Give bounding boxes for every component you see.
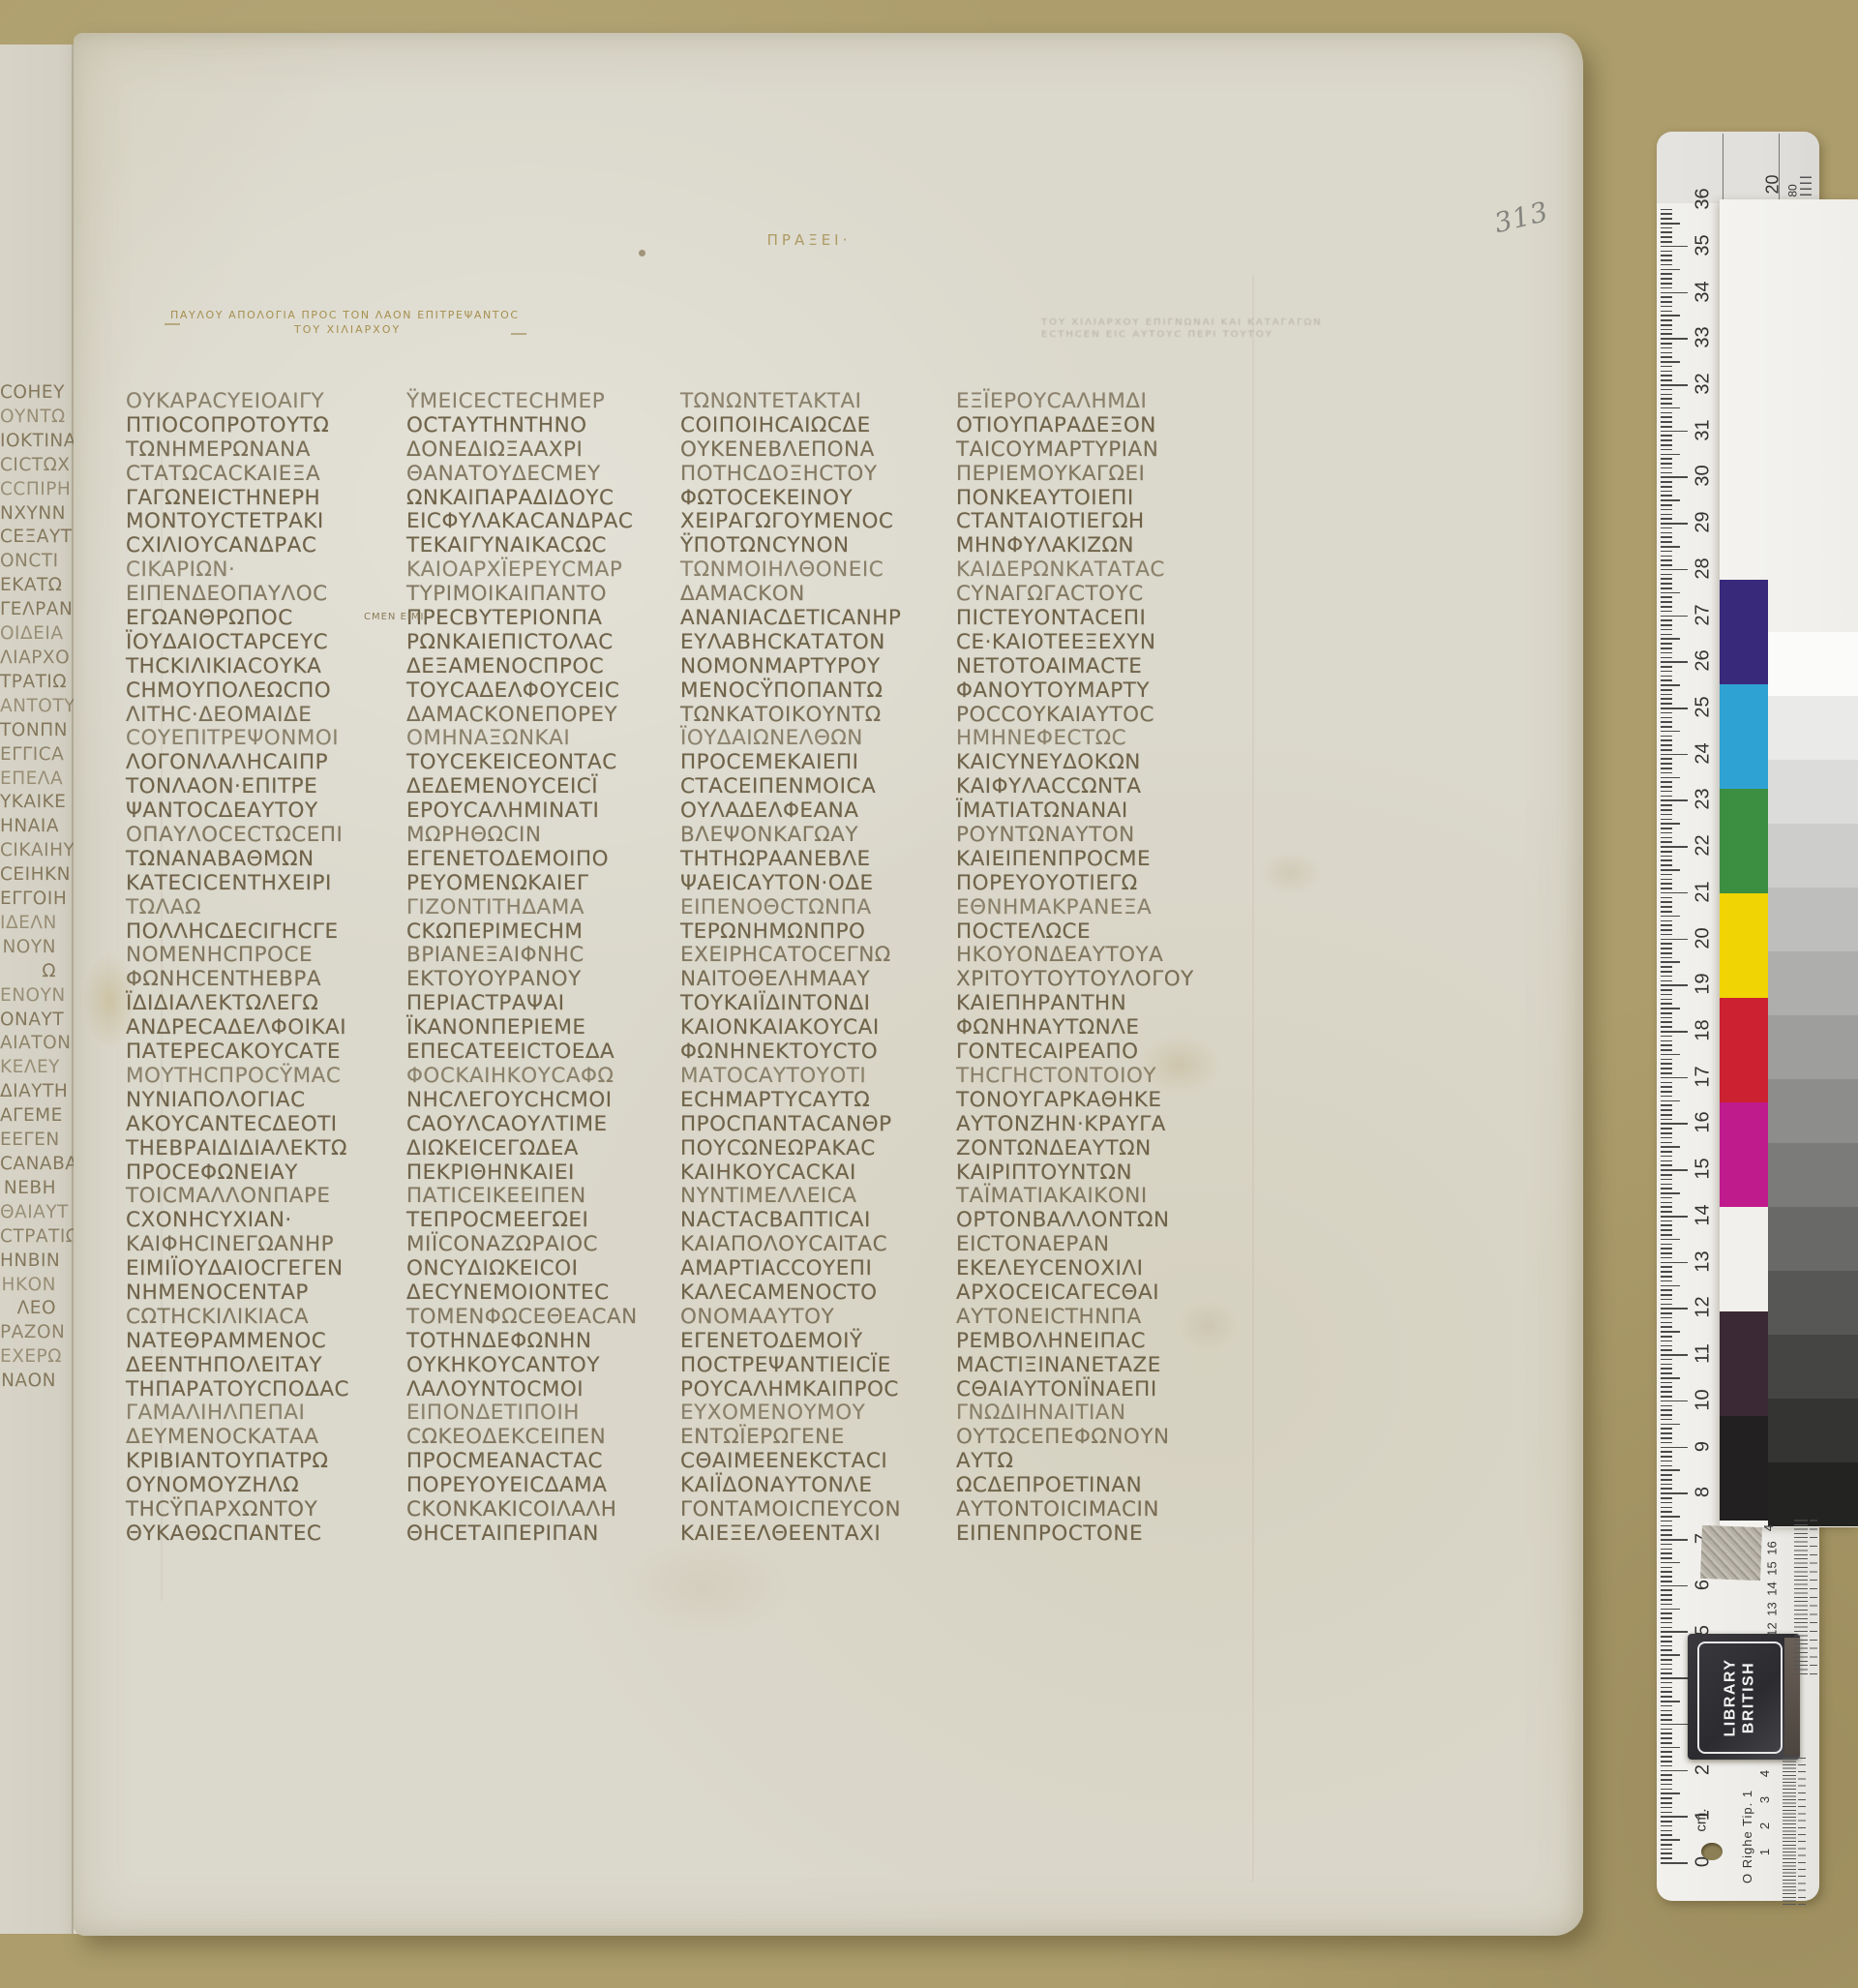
- manuscript-text-line: ΓΑΓΩΝΕΙϹΤΗΝΕΡΗ: [126, 487, 405, 511]
- manuscript-text-line: ΠΑΤΕΡΕϹΑΚΟΥϹΑΤΕ: [126, 1040, 405, 1065]
- line-gauge-upper: 416151413123: [1765, 1518, 1823, 1680]
- facing-page-text-line: ΝΟΥΝ: [0, 936, 56, 960]
- manuscript-text-line: ΝΗΜΕΝΟϹΕΝΤΑΡ: [126, 1281, 405, 1306]
- manuscript-text-line: ΠΑΤΙϹΕΙΚΕΕΙΠΕΝ: [406, 1185, 685, 1209]
- manuscript-text-line: ΦΩΝΗϹΕΝΤΗΕΒΡΑ: [126, 968, 405, 992]
- facing-page-text-line: ϹΙΚΑΙΗΥ: [0, 839, 56, 863]
- text-column-1: ΟΥΚΑΡΑϹΥΕΙΟΑΙΓΥΠΤΙΟϹΟΠΡΟΤΟΥΤΩΤΩΝΗΜΕΡΩΝΑΝ…: [126, 390, 405, 1547]
- ruler-cm-number: 26: [1693, 648, 1715, 675]
- manuscript-text-line: ΓΑΜΑΛΙΗΛΠΕΠΑΙ: [126, 1401, 405, 1426]
- facing-page-text-line: ΘΑΙΑΥΤ: [0, 1201, 56, 1225]
- facing-page-text-line: ΥΚΑΙΚΕ: [0, 791, 56, 815]
- ruler-top-ticks: [1800, 176, 1812, 201]
- facing-page-text-line: ΛΙΑΡΧΟ: [0, 647, 56, 671]
- manuscript-text-line: ΚΑΙΟΑΡΧΪΕΡΕΥϹΜΑΡ: [406, 558, 685, 583]
- manuscript-text-line: ΓΙΖΟΝΤΙΤΗΔΑΜΑ: [406, 896, 685, 920]
- gauge-ticks: [1794, 1520, 1808, 1674]
- ruler-cm-number: 35: [1693, 231, 1715, 258]
- manuscript-text-line: ΟΥΝΟΜΟΥΖΗΛΩ: [126, 1474, 405, 1498]
- facing-page-text-line: ΤΡΑΤΙΩ: [0, 671, 56, 695]
- color-patch-column: [1720, 580, 1768, 1521]
- manuscript-text-line: ΤΗΤΗΩΡΑΑΝΕΒΛΕ: [680, 848, 959, 872]
- ruler-cm-number: 36: [1693, 186, 1715, 213]
- manuscript-text-line: ΚΑΙΡΙΠΤΟΥΝΤΩΝ: [956, 1161, 1235, 1186]
- color-patch: [1720, 1102, 1768, 1207]
- manuscript-text-line: ΟΤΙΟΥΠΑΡΑΔΕΞΟΝ: [956, 414, 1235, 438]
- manuscript-text-line: ΕΓΕΝΕΤΟΔΕΜΟΙΠΟ: [406, 848, 685, 872]
- color-patch: [1720, 893, 1768, 998]
- facing-page-text-line: ΔΙΑΥΤΗ: [0, 1080, 56, 1104]
- ruler-cm-number: 22: [1693, 832, 1715, 859]
- facing-page-text-line: ΝΑΟΝ: [0, 1370, 56, 1394]
- manuscript-text-line: ΠΟΡΕΥΟΥΕΙϹΔΑΜΑ: [406, 1474, 685, 1498]
- manuscript-text-line: ΕΧΕΙΡΗϹΑΤΟϹΕΓΝΩ: [680, 944, 959, 968]
- ink-showthrough-line: ΤΟΥ ΧΙΛΙΑΡΧΟΥ ΕΠΙΓΝΩΝΑΙ ΚΑΙ ΚΑΤΑΓΑΓΩΝ: [1041, 316, 1380, 329]
- text-column-2: ΫΜΕΙϹΕϹΤΕϹΗΜΕΡΟϹΤΑΥΤΗΝΤΗΝΟΔΟΝΕΔΙΩΞΑΑΧΡΙΘ…: [406, 390, 685, 1547]
- manuscript-text-line: ΕΓΩΑΝΘΡΩΠΟϹ: [126, 607, 405, 631]
- manuscript-text-line: ΡΟϹϹΟΥΚΑΙΑΥΤΟϹ: [956, 704, 1235, 728]
- manuscript-text-line: ΑΥΤΟΝΕΙϹΤΗΝΠΑ: [956, 1306, 1235, 1330]
- manuscript-text-line: ΤΗϹΚΙΛΙΚΙΑϹΟΥΚΑ: [126, 655, 405, 679]
- ruler-cm-number: 14: [1693, 1201, 1715, 1228]
- grayscale-patch: [1768, 824, 1858, 888]
- facing-page-text-line: ΤΟΝΠΝ: [0, 719, 56, 743]
- ruler-cm-number: 34: [1693, 278, 1715, 305]
- text-column-4: ΕΞΪΕΡΟΥϹΑΛΗΜΔΙΟΤΙΟΥΠΑΡΑΔΕΞΟΝΤΑΙϹΟΥΜΑΡΤΥΡ…: [956, 390, 1235, 1547]
- manuscript-text-line: ΦΩΝΗΝΑΥΤΩΝΛΕ: [956, 1016, 1235, 1040]
- label-text-line: LIBRARY: [1722, 1658, 1740, 1736]
- manuscript-text-line: ΪΟΥΔΑΙΩΝΕΛΘΩΝ: [680, 727, 959, 751]
- color-patch: [1720, 580, 1768, 684]
- color-patch: [1720, 1311, 1768, 1416]
- manuscript-text-line: ΜΩΡΗΘΩϹΙΝ: [406, 824, 685, 848]
- manuscript-text-line: ΜΑϹΤΙΞΙΝΑΝΕΤΑΖΕ: [956, 1354, 1235, 1378]
- manuscript-text-line: ϹΕ·ΚΑΙΟΤΕΕΞΕΧΥΝ: [956, 631, 1235, 655]
- grayscale-patch: [1768, 951, 1858, 1015]
- manuscript-text-line: ΑΚΟΥϹΑΝΤΕϹΔΕΟΤΙ: [126, 1113, 405, 1137]
- manuscript-text-line: ΕΥΛΑΒΗϹΚΑΤΑΤΟΝ: [680, 631, 959, 655]
- parchment-crease: [1252, 275, 1254, 1882]
- manuscript-text-line: ΚΑΙϹΥΝΕΥΔΟΚΩΝ: [956, 751, 1235, 775]
- manuscript-text-line: ΕΙϹΤΟΝΑΕΡΑΝ: [956, 1233, 1235, 1257]
- manuscript-text-line: ΦΟϹΚΑΙΗΚΟΥϹΑΦΩ: [406, 1065, 685, 1089]
- ruler-hole: [1701, 1843, 1723, 1860]
- gauge-label: O Righe Tip. 1: [1740, 1760, 1757, 1913]
- gauge-number: 13: [1765, 1599, 1784, 1619]
- ruler-cm-number: 12: [1693, 1294, 1715, 1321]
- manuscript-text-line: ΕΞΪΕΡΟΥϹΑΛΗΜΔΙ: [956, 390, 1235, 414]
- manuscript-text-line: ΡΟΥϹΑΛΗΜΚΑΙΠΡΟϹ: [680, 1378, 959, 1402]
- manuscript-text-line: ΦΑΝΟΥΤΟΥΜΑΡΤΥ: [956, 679, 1235, 704]
- manuscript-text-line: ΧΕΙΡΑΓΩΓΟΥΜΕΝΟϹ: [680, 510, 959, 534]
- manuscript-text-line: ΤΟΙϹΜΑΛΛΟΝΠΑΡΕ: [126, 1185, 405, 1209]
- ruler-cm-number: 28: [1693, 555, 1715, 582]
- gauge-number: 3: [1765, 1640, 1784, 1660]
- gauge-number: 3: [1761, 1790, 1779, 1816]
- manuscript-text-line: ΤΟΝΛΑΟΝ·ΕΠΙΤΡΕ: [126, 775, 405, 799]
- manuscript-text-line: ΤΗΠΑΡΑΤΟΥϹΠΟΔΑϹ: [126, 1378, 405, 1402]
- facing-page-text-line: ΑΝΤΟΤΥ: [0, 695, 56, 719]
- manuscript-text-line: ΟΥΛΑΔΕΛΦΕΑΝΑ: [680, 799, 959, 824]
- facing-page-text-line: ΕΝΟΥΝ: [0, 984, 56, 1009]
- manuscript-text-line: ΤΗΕΒΡΑΙΔΙΔΙΑΛΕΚΤΩ: [126, 1137, 405, 1161]
- facing-page-text-line: ΕΓΓΙϹΑ: [0, 743, 56, 768]
- ruler-cm-number: 32: [1693, 370, 1715, 397]
- facing-page-text-line: ΟΥΝΤΩ: [0, 406, 56, 430]
- manuscript-text-line: ΤΩΝΚΑΤΟΙΚΟΥΝΤΩ: [680, 704, 959, 728]
- manuscript-text-line: ΑΡΧΟϹΕΙϹΑΓΕϹΘΑΙ: [956, 1281, 1235, 1306]
- facing-page-text-line: ΕΓΓΟΙΗ: [0, 888, 56, 912]
- manuscript-text-line: ΠΙϹΤΕΥΟΝΤΑϹΕΠΙ: [956, 607, 1235, 631]
- manuscript-text-line: ΟΥΚΑΡΑϹΥΕΙΟΑΙΓΥ: [126, 390, 405, 414]
- manuscript-text-line: ϹΗΜΟΥΠΟΛΕΩϹΠΟ: [126, 679, 405, 704]
- line-gauge-lower: O Righe Tip. 1 4321: [1740, 1754, 1821, 1916]
- manuscript-text-line: ΤΕΡΩΝΗΜΩΝΠΡΟ: [680, 920, 959, 945]
- manuscript-text-line: ΕΙΠΕΝΔΕΟΠΑΥΛΟϹ: [126, 583, 405, 607]
- grayscale-patch: [1768, 632, 1858, 696]
- facing-page-text-line: ΕΕΓΕΝ: [0, 1129, 56, 1153]
- ruler-cm-number: 11: [1693, 1340, 1715, 1368]
- manuscript-text-line: ΫΠΟΤΩΝϹΥΝΟΝ: [680, 534, 959, 558]
- facing-page-text-line: ΙΟΚΤΙΝΑ: [0, 430, 56, 454]
- manuscript-text-line: ϹΚΩΠΕΡΙΜΕϹΗΜ: [406, 920, 685, 945]
- gauge-number: 1: [1761, 1842, 1779, 1868]
- manuscript-text-line: ΟΥΚΗΚΟΥϹΑΝΤΟΥ: [406, 1354, 685, 1378]
- manuscript-text-line: ΠΡΕϹΒΥΤΕΡΙΟΝΠΑ: [406, 607, 685, 631]
- ruler-cm-number: 17: [1693, 1063, 1715, 1090]
- manuscript-text-line: ΔΕΥΜΕΝΟϹΚΑΤΑΑ: [126, 1426, 405, 1450]
- manuscript-text-line: ΑΜΑΡΤΙΑϹϹΟΥΕΠΙ: [680, 1257, 959, 1281]
- facing-page-text-line: ΛΕΟ: [0, 1297, 56, 1321]
- manuscript-text-line: ΚΑΙΕΞΕΛΘΕΕΝΤΑΧΙ: [680, 1522, 959, 1547]
- manuscript-text-line: ΝΑΤΕΘΡΑΜΜΕΝΟϹ: [126, 1330, 405, 1354]
- label-text-line: BRITISH: [1740, 1658, 1758, 1736]
- color-patch: [1720, 789, 1768, 893]
- manuscript-text-line: ΛΙΤΗϹ·ΔΕΟΜΑΙΔΕ: [126, 704, 405, 728]
- gauge-number: 16: [1765, 1538, 1784, 1558]
- manuscript-text-line: ϹΧΙΛΙΟΥϹΑΝΔΡΑϹ: [126, 534, 405, 558]
- gauge-number: 4: [1761, 1763, 1779, 1790]
- manuscript-text-line: ΘΥΚΑΘΩϹΠΑΝΤΕϹ: [126, 1522, 405, 1547]
- abraded-patch: [1700, 1525, 1762, 1581]
- manuscript-text-line: ΤΑΪΜΑΤΙΑΚΑΙΚΟΝΙ: [956, 1185, 1235, 1209]
- manuscript-text-line: ϹΙΚΑΡΙΩΝ·: [126, 558, 405, 583]
- manuscript-text-line: ΠΟΝΚΕΑΥΤΟΙΕΠΙ: [956, 487, 1235, 511]
- photograph-background: ϹΟΗΕΥΟΥΝΤΩΙΟΚΤΙΝΑϹΙϹΤΩΧϹϹΠΙΡΗΝΧΥΝΝϹΕΞΑΥΤ…: [0, 0, 1858, 1988]
- manuscript-text-line: ΟΝΟΜΑΑΥΤΟΥ: [680, 1306, 959, 1330]
- ruler-unit-label: cm.: [1693, 1808, 1710, 1831]
- manuscript-text-line: ΠΤΙΟϹΟΠΡΟΤΟΥΤΩ: [126, 414, 405, 438]
- manuscript-text-line: ΜΑΤΟϹΑΥΤΟΥΟΤΙ: [680, 1065, 959, 1089]
- manuscript-text-line: ΕΚΤΟΥΟΥΡΑΝΟΥ: [406, 968, 685, 992]
- manuscript-text-line: ΜΙΪϹΟΝΑΖΩΡΑΙΟϹ: [406, 1233, 685, 1257]
- manuscript-text-line: ΟΥΚΕΝΕΒΛΕΠΟΝΑ: [680, 438, 959, 463]
- facing-page-text-line: ΟΝϹΤΙ: [0, 550, 56, 574]
- manuscript-text-line: ΠΟϹΤΕΛΩϹΕ: [956, 920, 1235, 945]
- ruler-cm-number: 23: [1693, 786, 1715, 813]
- manuscript-text-line: ΠΟϹΤΡΕΨΑΝΤΙΕΙϹΪΕ: [680, 1354, 959, 1378]
- manuscript-text-line: ΠΡΟϹΜΕΑΝΑϹΤΑϹ: [406, 1450, 685, 1474]
- facing-page-text-line: ΕΠΕΛΑ: [0, 768, 56, 792]
- manuscript-text-line: ΤΟΥϹΑΔΕΛΦΟΥϹΕΙϹ: [406, 679, 685, 704]
- manuscript-text-line: ΝΟΜΟΝΜΑΡΤΥΡΟΥ: [680, 655, 959, 679]
- manuscript-text-line: ΘΗϹΕΤΑΙΠΕΡΙΠΑΝ: [406, 1522, 685, 1547]
- ruler-cm-number: 2: [1693, 1756, 1715, 1783]
- facing-page-text-line: ΟΙΔΕΙΑ: [0, 622, 56, 647]
- ruler-cm-number: 25: [1693, 694, 1715, 721]
- manuscript-text-line: ΡΟΥΝΤΩΝΑΥΤΟΝ: [956, 824, 1235, 848]
- manuscript-text-line: ΔΕϹΥΝΕΜΟΙΟΝΤΕϹ: [406, 1281, 685, 1306]
- manuscript-text-line: ΑΝΑΝΙΑϹΔΕΤΙϹΑΝΗΡ: [680, 607, 959, 631]
- ruler-cm-number: 19: [1693, 971, 1715, 998]
- gauge-number: 2: [1761, 1816, 1779, 1842]
- gauge-number: 15: [1765, 1558, 1784, 1579]
- manuscript-text-line: ΤΩΝΩΝΤΕΤΑΚΤΑΙ: [680, 390, 959, 414]
- manuscript-text-line: ΓΟΝΤΑΜΟΙϹΠΕΥϹΟΝ: [680, 1498, 959, 1522]
- manuscript-text-line: ΤΑΙϹΟΥΜΑΡΤΥΡΙΑΝ: [956, 438, 1235, 463]
- ruler-cm-number: 18: [1693, 1017, 1715, 1044]
- ruler-cm-number: 29: [1693, 509, 1715, 536]
- facing-page-text-line: ΑΓΕΜΕ: [0, 1104, 56, 1129]
- facing-page-text-line: ΗΚΟΝ: [0, 1274, 56, 1298]
- manuscript-text-line: ΟΡΤΟΝΒΑΛΛΟΝΤΩΝ: [956, 1209, 1235, 1233]
- manuscript-text-line: ΔΕΞΑΜΕΝΟϹΠΡΟϹ: [406, 655, 685, 679]
- manuscript-text-line: ΠΡΟϹΕΜΕΚΑΙΕΠΙ: [680, 751, 959, 775]
- manuscript-text-line: ΚΑΙΟΝΚΑΙΑΚΟΥϹΑΙ: [680, 1016, 959, 1040]
- manuscript-text-line: ΧΡΙΤΟΥΤΟΥΤΟΥΛΟΓΟΥ: [956, 968, 1235, 992]
- manuscript-text-line: ΤΟΝΟΥΓΑΡΚΑΘΗΚΕ: [956, 1089, 1235, 1113]
- manuscript-text-line: ΤΟΜΕΝΦΩϹΕΘΕΑϹΑΝ: [406, 1306, 685, 1330]
- manuscript-text-line: ΚΑΙΔΕΡΩΝΚΑΤΑΤΑϹ: [956, 558, 1235, 583]
- manuscript-text-line: ΠΕΚΡΙΘΗΝΚΑΙΕΙ: [406, 1161, 685, 1186]
- manuscript-text-line: ϹΤΑϹΕΙΠΕΝΜΟΙϹΑ: [680, 775, 959, 799]
- manuscript-text-line: ΫΜΕΙϹΕϹΤΕϹΗΜΕΡ: [406, 390, 685, 414]
- manuscript-text-line: ΔΕΔΕΜΕΝΟΥϹΕΙϹΪ: [406, 775, 685, 799]
- color-patch: [1720, 1207, 1768, 1311]
- manuscript-text-line: ΕΓΕΝΕΤΟΔΕΜΟΙΫ: [680, 1330, 959, 1354]
- manuscript-text-line: ΝΑϹΤΑϹΒΑΠΤΙϹΑΙ: [680, 1209, 959, 1233]
- manuscript-text-line: ΠΟΤΗϹΔΟΞΗϹΤΟΥ: [680, 463, 959, 487]
- manuscript-text-line: ϹΩΤΗϹΚΙΛΙΚΙΑϹΑ: [126, 1306, 405, 1330]
- grayscale-patch: [1768, 696, 1858, 760]
- manuscript-text-line: ΘΑΝΑΤΟΥΔΕϹΜΕΥ: [406, 463, 685, 487]
- manuscript-text-line: ΪΟΥΔΑΙΟϹΤΑΡϹΕΥϹ: [126, 631, 405, 655]
- manuscript-text-line: ΤΟΥϹΕΚΕΙϹΕΟΝΤΑϹ: [406, 751, 685, 775]
- manuscript-text-line: ΤΗϹΓΗϹΤΟΝΤΟΙΟΥ: [956, 1065, 1235, 1089]
- text-column-3: ΤΩΝΩΝΤΕΤΑΚΤΑΙϹΟΙΠΟΙΗϹΑΙΩϹΔΕΟΥΚΕΝΕΒΛΕΠΟΝΑ…: [680, 390, 959, 1547]
- manuscript-text-line: ΕΙΠΟΝΔΕΤΙΠΟΙΗ: [406, 1401, 685, 1426]
- manuscript-text-line: ΜΕΝΟϹΫΠΟΠΑΝΤΩ: [680, 679, 959, 704]
- stain: [1259, 851, 1322, 894]
- grayscale-patch: [1768, 888, 1858, 951]
- manuscript-text-line: ΤΩΝΜΟΙΗΛΘΟΝΕΙϹ: [680, 558, 959, 583]
- ruler-cm-number: 27: [1693, 601, 1715, 628]
- ruler-cm-number: 16: [1693, 1109, 1715, 1136]
- color-patch: [1720, 998, 1768, 1102]
- manuscript-text-line: ΚΑΙΗΚΟΥϹΑϹΚΑΙ: [680, 1161, 959, 1186]
- facing-page-text-line: Ω: [0, 960, 56, 984]
- ink-speck: [639, 250, 645, 256]
- manuscript-text-line: ΔΑΜΑϹΚΟΝ: [680, 583, 959, 607]
- facing-page-text-line: ϹΟΗΕΥ: [0, 381, 56, 406]
- manuscript-text-line: ΕΡΟΥϹΑΛΗΜΙΝΑΤΙ: [406, 799, 685, 824]
- manuscript-page: ΠΡΑΞΕΙ· 313 ΠΑΥΛΟΥ ΑΠΟΛΟΓΙΑ ΠΡΟϹ ΤΟΝ ΛΑΟ…: [74, 33, 1583, 1936]
- gauge-ticks: [1783, 1758, 1796, 1905]
- manuscript-text-line: ΟϹΤΑΥΤΗΝΤΗΝΟ: [406, 414, 685, 438]
- facing-page-text-line: ϹΙϹΤΩΧ: [0, 454, 56, 478]
- manuscript-text-line: ΝΗϹΛΕΓΟΥϹΗϹΜΟΙ: [406, 1089, 685, 1113]
- ruler-cm-number: 13: [1693, 1248, 1715, 1275]
- running-title: ΠΡΑΞΕΙ·: [712, 231, 906, 249]
- manuscript-text-line: ΠΕΡΙΕΜΟΥΚΑΓΩΕΙ: [956, 463, 1235, 487]
- facing-page-text-line: ϹΤΡΑΤΙΩ: [0, 1225, 56, 1250]
- manuscript-text-line: ΔΕΕΝΤΗΠΟΛΕΙΤΑΥ: [126, 1354, 405, 1378]
- facing-page-text-line: ΡΑΖΟΝ: [0, 1321, 56, 1345]
- manuscript-text-line: ΛΑΛΟΥΝΤΟϹΜΟΙ: [406, 1378, 685, 1402]
- manuscript-text-line: ΜΟΝΤΟΥϹΤΕΤΡΑΚΙ: [126, 510, 405, 534]
- gauge-ticks: [1798, 1758, 1806, 1905]
- manuscript-text-line: ΠΟΡΕΥΟΥΟΤΙΕΓΩ: [956, 872, 1235, 896]
- manuscript-text-line: ΠΡΟϹΕΦΩΝΕΙΑΥ: [126, 1161, 405, 1186]
- scribal-correction: ϹΜΕΝ ΕΙΜΙ: [364, 612, 424, 622]
- manuscript-text-line: ΕΥΧΟΜΕΝΟΥΜΟΥ: [680, 1401, 959, 1426]
- manuscript-text-line: ΤΩΝΑΝΑΒΑΘΜΩΝ: [126, 848, 405, 872]
- manuscript-text-line: ΓΟΝΤΕϹΑΙΡΕΑΠΟ: [956, 1040, 1235, 1065]
- gauge-number: 4: [1765, 1518, 1784, 1538]
- ruler-printed-line: [1723, 134, 1723, 203]
- facing-page-text-line: ΝΧΥΝΝ: [0, 502, 56, 527]
- manuscript-text-line: ΤΟΤΗΝΔΕΦΩΝΗΝ: [406, 1330, 685, 1354]
- manuscript-text-line: ΑΥΤΩ: [956, 1450, 1235, 1474]
- grayscale-patch: [1768, 1079, 1858, 1143]
- manuscript-text-line: ΝΟΜΕΝΗϹΠΡΟϹΕ: [126, 944, 405, 968]
- gauge-ticks: [1810, 1520, 1817, 1674]
- manuscript-text-line: ϹΘΑΙΑΥΤΟΝΪΝΑΕΠΙ: [956, 1378, 1235, 1402]
- gauge-number: 12: [1765, 1619, 1784, 1640]
- ruler-cm-number: 8: [1693, 1479, 1715, 1506]
- manuscript-text-line: ΦΩΝΗΝΕΚΤΟΥϹΤΟ: [680, 1040, 959, 1065]
- manuscript-text-line: ΕΙϹΦΥΛΑΚΑϹΑΝΔΡΑϹ: [406, 510, 685, 534]
- manuscript-text-line: ΒΛΕΨΟΝΚΑΓΩΑΥ: [680, 824, 959, 848]
- ruler-cm-number: 20: [1693, 924, 1715, 951]
- rubric-annotation-line: ΤΟΥ ΧΙΛΙΑΡΧΟΥ: [294, 322, 770, 337]
- manuscript-text-line: ΤΩΛΑΩ: [126, 896, 405, 920]
- facing-page-text-line: ΗΝΑΙΑ: [0, 815, 56, 839]
- ink-showthrough-line: ΕϹΤΗϹΕΝ ΕΙϹ ΑΥΤΟΥϹ ΠΕΡΙ ΤΟΥΤΟΥ: [1041, 329, 1380, 342]
- manuscript-text-line: ΚΑΛΕϹΑΜΕΝΟϹΤΟ: [680, 1281, 959, 1306]
- manuscript-text-line: ΟΜΗΝΑΞΩΝΚΑΙ: [406, 727, 685, 751]
- ruler-cm-number: 21: [1693, 878, 1715, 905]
- manuscript-text-line: ΪΜΑΤΙΑΤΩΝΑΝΑΙ: [956, 799, 1235, 824]
- manuscript-text-line: ΗΚΟΥΟΝΔΕΑΥΤΟΥΑ: [956, 944, 1235, 968]
- grayscale-patch: [1768, 1207, 1858, 1271]
- facing-page-text-line: ϹΕΙΗΚΝ: [0, 863, 56, 888]
- label-text: LIBRARYBRITISH: [1722, 1658, 1758, 1736]
- grayscale-patch: [1768, 1335, 1858, 1399]
- facing-page-text-line: ΝΕΒΗ: [0, 1177, 56, 1201]
- manuscript-text-line: ΚΑΙΕΙΠΕΝΠΡΟϹΜΕ: [956, 848, 1235, 872]
- manuscript-text-line: ΕΘΝΗΜΑΚΡΑΝΕΞΑ: [956, 896, 1235, 920]
- manuscript-text-line: ΝΥΝΤΙΜΕΛΛΕΙϹΑ: [680, 1185, 959, 1209]
- manuscript-text-line: ΚΑΙΦΗϹΙΝΕΓΩΑΝΗΡ: [126, 1233, 405, 1257]
- ink-showthrough: ΤΟΥ ΧΙΛΙΑΡΧΟΥ ΕΠΙΓΝΩΝΑΙ ΚΑΙ ΚΑΤΑΓΑΓΩΝ ΕϹ…: [1041, 316, 1380, 341]
- manuscript-text-line: ΔΟΝΕΔΙΩΞΑΑΧΡΙ: [406, 438, 685, 463]
- manuscript-text-line: ΡΕΜΒΟΛΗΝΕΙΠΑϹ: [956, 1330, 1235, 1354]
- rubric-annotation: ΠΑΥΛΟΥ ΑΠΟΛΟΓΙΑ ΠΡΟϹ ΤΟΝ ΛΑΟΝ ΕΠΙΤΡΕΨΑΝΤ…: [170, 308, 770, 337]
- manuscript-text-line: ΡΕΥΟΜΕΝΩΚΑΙΕΓ: [406, 872, 685, 896]
- ruler-cm-number: 15: [1693, 1156, 1715, 1183]
- manuscript-text-line: ϹΟΙΠΟΙΗϹΑΙΩϹΔΕ: [680, 414, 959, 438]
- manuscript-text-line: ΚΑΙΦΥΛΑϹϹΩΝΤΑ: [956, 775, 1235, 799]
- manuscript-text-line: ΜΗΝΦΥΛΑΚΙΖΩΝ: [956, 534, 1235, 558]
- manuscript-text-line: ΝΑΙΤΟΘΕΛΗΜΑΑΥ: [680, 968, 959, 992]
- manuscript-text-line: ΖΟΝΤΩΝΔΕΑΥΤΩΝ: [956, 1137, 1235, 1161]
- manuscript-text-line: ΤΕΚΑΙΓΥΝΑΙΚΑϹΩϹ: [406, 534, 685, 558]
- manuscript-text-line: ΜΟΥΤΗϹΠΡΟϹΫΜΑϹ: [126, 1065, 405, 1089]
- manuscript-text-line: ϹΟΥΕΠΙΤΡΕΨΟΝΜΟΙ: [126, 727, 405, 751]
- grayscale-patch: [1768, 1015, 1858, 1079]
- manuscript-text-line: ΒΡΙΑΝΕΞΑΙΦΝΗϹ: [406, 944, 685, 968]
- manuscript-text-line: ΑΝΔΡΕϹΑΔΕΛΦΟΙΚΑΙ: [126, 1016, 405, 1040]
- facing-page-text-line: ΕΧΕΡΩ: [0, 1345, 56, 1370]
- manuscript-text-line: ΚΑΙΕΠΗΡΑΝΤΗΝ: [956, 992, 1235, 1016]
- manuscript-text-line: ΠΟΛΛΗϹΔΕϹΙΓΗϹΓΕ: [126, 920, 405, 945]
- facing-page-text-line: ΑΙΑΤΟΝ: [0, 1032, 56, 1056]
- manuscript-text-line: ΤΩΝΗΜΕΡΩΝΑΝΑ: [126, 438, 405, 463]
- manuscript-text-line: ΕΙΠΕΝΟΘϹΤΩΝΠΑ: [680, 896, 959, 920]
- facing-page-text-line: ΗΝΒΙΝ: [0, 1250, 56, 1274]
- manuscript-text-line: ΨΑΕΙϹΑΥΤΟΝ·ΟΔΕ: [680, 872, 959, 896]
- gauge-number: 14: [1765, 1579, 1784, 1599]
- manuscript-text-line: ΕΠΕϹΑΤΕΕΙϹΤΟΕΔΑ: [406, 1040, 685, 1065]
- manuscript-text-line: ΩΝΚΑΙΠΑΡΑΔΙΔΟΥϹ: [406, 487, 685, 511]
- manuscript-text-line: ΤΟΥΚΑΙΪΔΙΝΤΟΝΔΙ: [680, 992, 959, 1016]
- color-patch: [1720, 684, 1768, 789]
- manuscript-text-line: ΛΟΓΟΝΛΑΛΗϹΑΙΠΡ: [126, 751, 405, 775]
- grayscale-patch: [1768, 1143, 1858, 1207]
- ruler-cm-number: 30: [1693, 463, 1715, 490]
- manuscript-text-line: ΕΙΠΕΝΠΡΟϹΤΟΝΕ: [956, 1522, 1235, 1547]
- manuscript-text-line: ΩϹΔΕΠΡΟΕΤΙΝΑΝ: [956, 1474, 1235, 1498]
- manuscript-text-line: ΤΗϹΫΠΑΡΧΩΝΤΟΥ: [126, 1498, 405, 1522]
- stain: [611, 1533, 794, 1640]
- manuscript-text-line: ΕΝΤΩΪΕΡΩΓΕΝΕ: [680, 1426, 959, 1450]
- manuscript-text-line: ΡΩΝΚΑΙΕΠΙϹΤΟΛΑϹ: [406, 631, 685, 655]
- manuscript-text-line: ΕΚΕΛΕΥϹΕΝΟΧΙΛΙ: [956, 1257, 1235, 1281]
- manuscript-text-line: ΟΝϹΥΔΙΩΚΕΙϹΟΙ: [406, 1257, 685, 1281]
- manuscript-text-line: ΝΥΝΙΑΠΟΛΟΓΙΑϹ: [126, 1089, 405, 1113]
- color-calibration-card: [1720, 199, 1858, 1527]
- ruler-cm-number: 24: [1693, 739, 1715, 767]
- manuscript-text-line: ΚΑΙΑΠΟΛΟΥϹΑΙΤΑϹ: [680, 1233, 959, 1257]
- facing-page-text-line: ΓΕΛΡΑΝ: [0, 598, 56, 622]
- manuscript-text-line: ΔΙΩΚΕΙϹΕΓΩΔΕΑ: [406, 1137, 685, 1161]
- grayscale-patch: [1768, 1399, 1858, 1462]
- manuscript-text-line: ΠΡΟϹΠΑΝΤΑϹΑΝΘΡ: [680, 1113, 959, 1137]
- manuscript-text-line: ΚΑΙΪΔΟΝΑΥΤΟΝΛΕ: [680, 1474, 959, 1498]
- ruler-cm-number: 33: [1693, 324, 1715, 351]
- grayscale-patch-column: [1768, 632, 1858, 1526]
- manuscript-text-line: ΟΥΤΩϹΕΠΕΦΩΝΟΥΝ: [956, 1426, 1235, 1450]
- grayscale-patch: [1768, 760, 1858, 824]
- facing-page-text-line: ΕΚΑΤΩ: [0, 574, 56, 598]
- manuscript-text-line: ΝΕΤΟΤΟΑΙΜΑϹΤΕ: [956, 655, 1235, 679]
- manuscript-text-line: ϹΩΚΕΟΔΕΚϹΕΙΠΕΝ: [406, 1426, 685, 1450]
- manuscript-text-line: ΚΑΤΕϹΙϹΕΝΤΗΧΕΙΡΙ: [126, 872, 405, 896]
- manuscript-text-line: ΨΑΝΤΟϹΔΕΑΥΤΟΥ: [126, 799, 405, 824]
- grayscale-patch: [1768, 1271, 1858, 1335]
- color-patch: [1720, 1416, 1768, 1521]
